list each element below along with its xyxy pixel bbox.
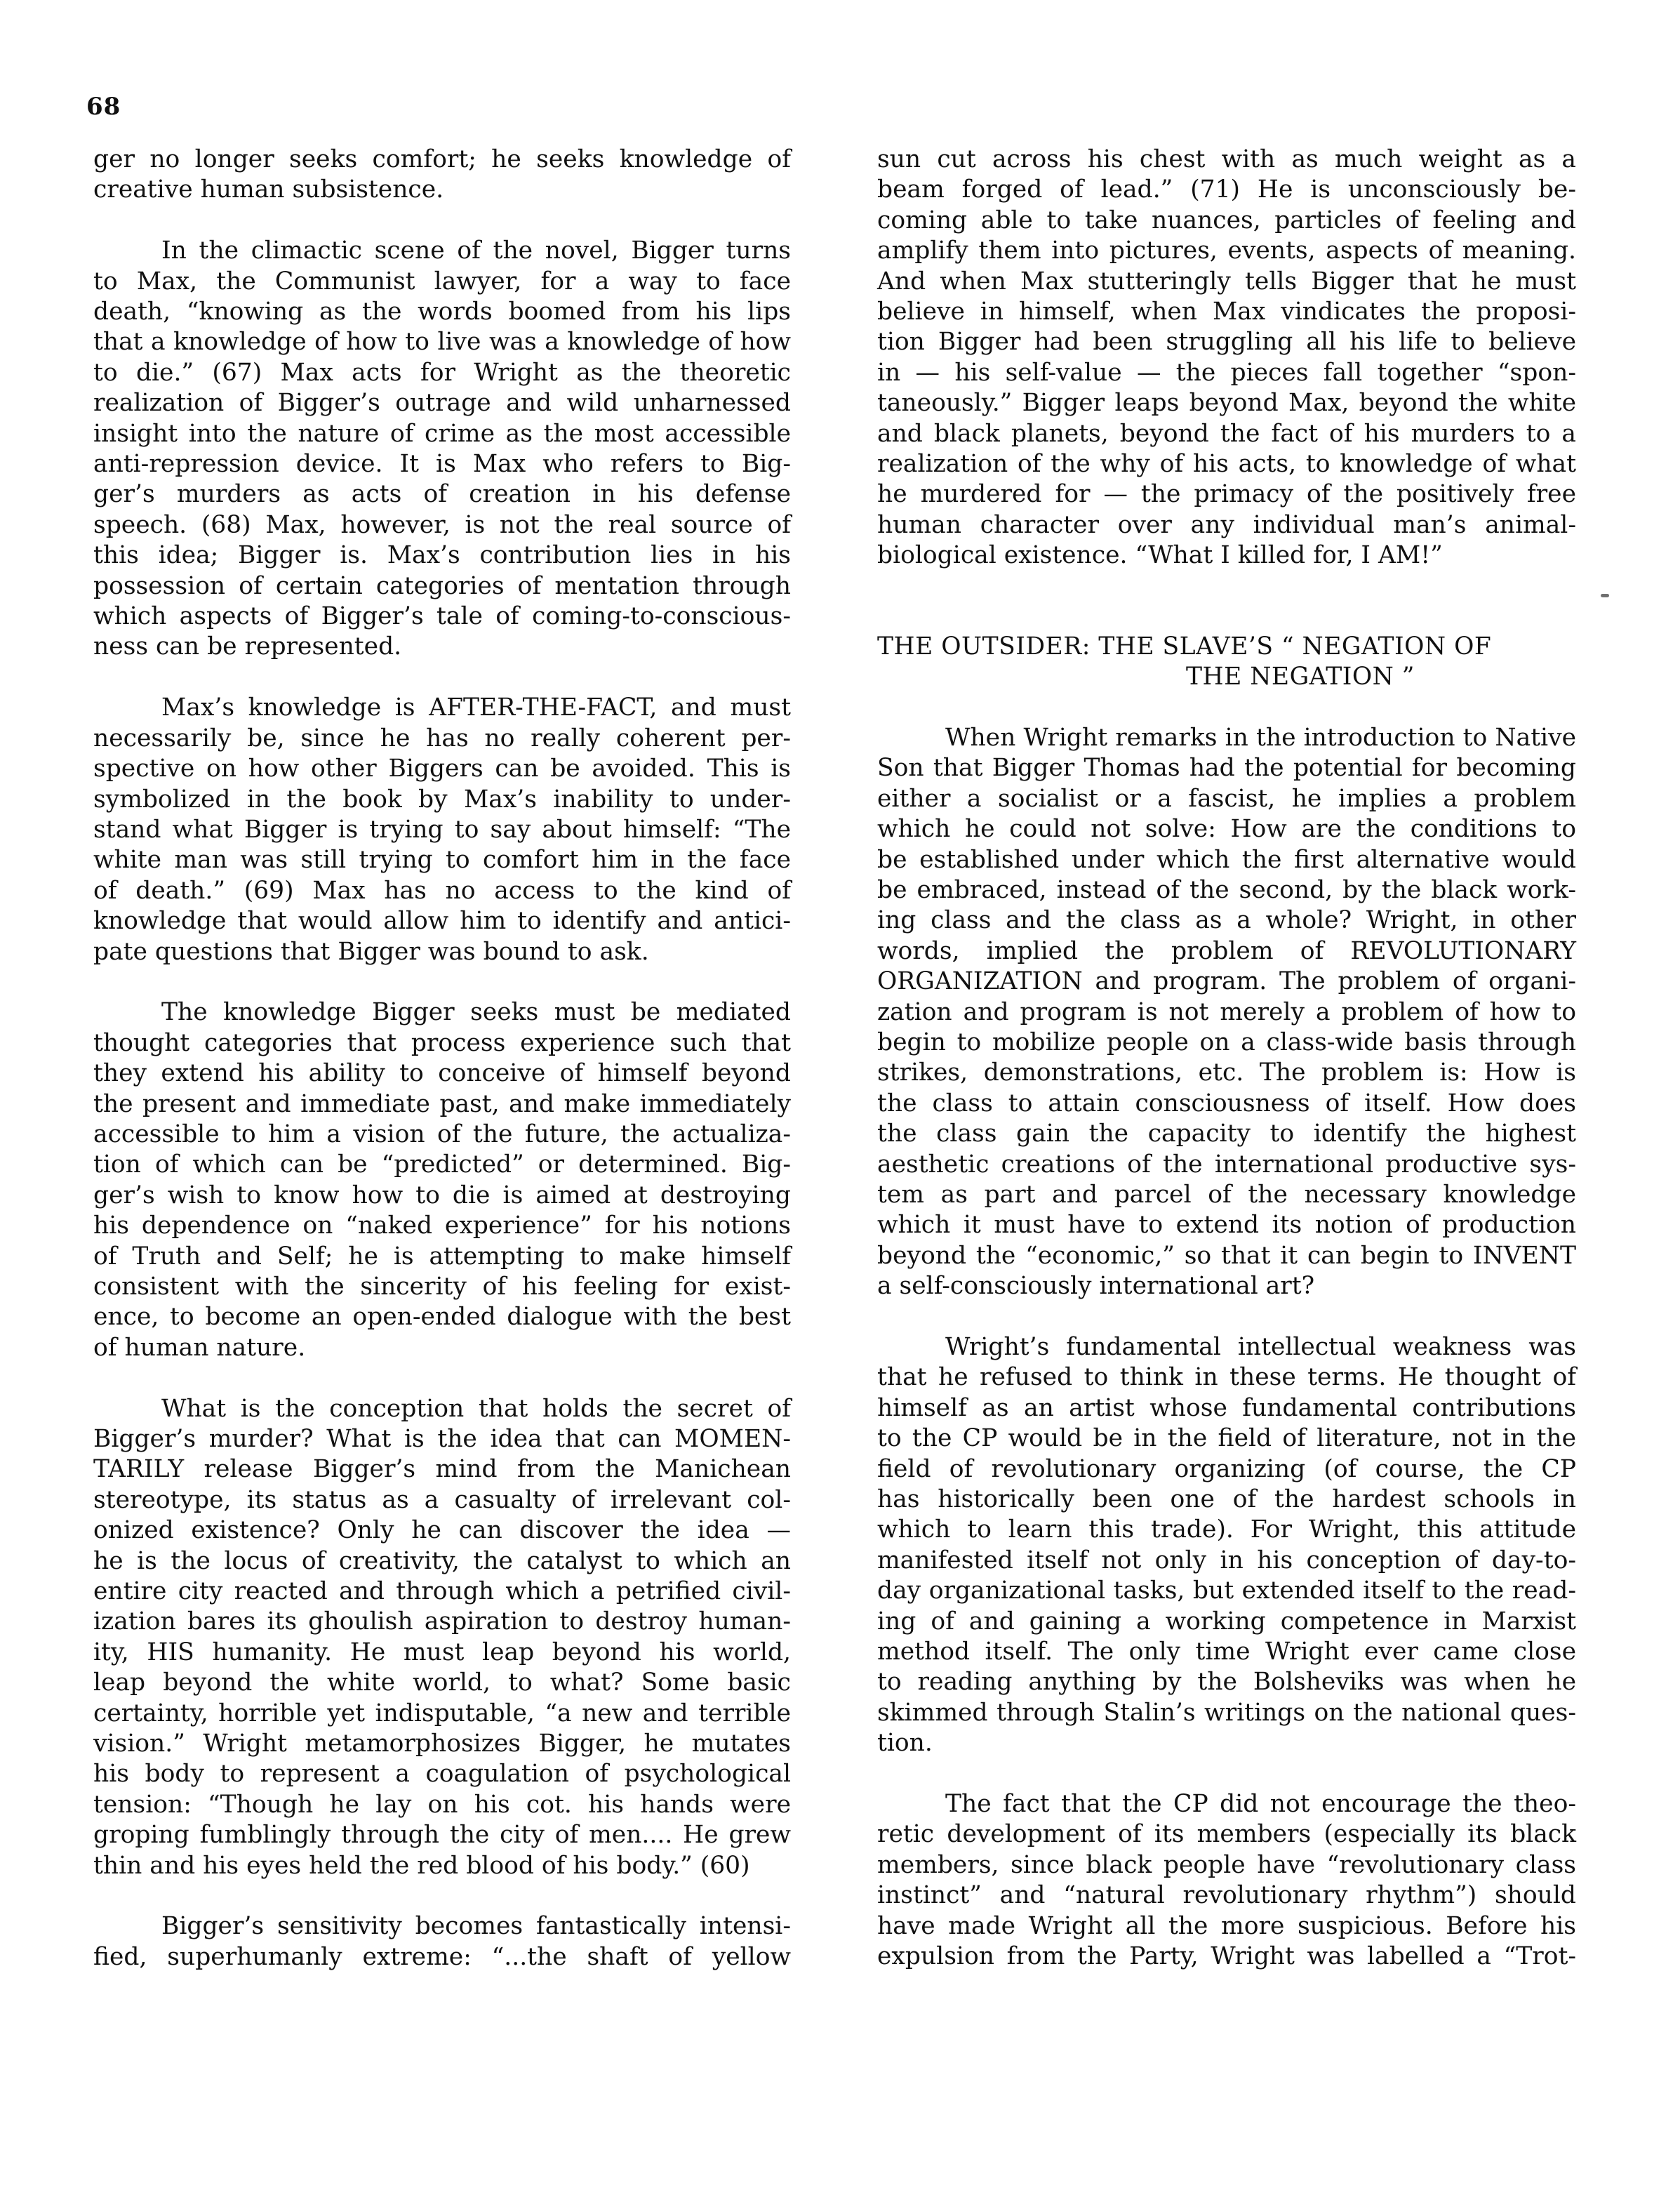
text-line: in — his self-value — the pieces fall to…: [877, 358, 1576, 388]
text-line: onized existence? Only he can discover t…: [93, 1515, 791, 1546]
text-line: speech. (68) Max, however, is not the re…: [93, 510, 791, 540]
text-line: sun cut across his chest with as much we…: [877, 145, 1576, 175]
text-line: to reading anything by the Bolsheviks wa…: [877, 1667, 1576, 1697]
text-line: which to learn this trade). For Wright, …: [877, 1515, 1576, 1545]
text-line: the class to attain consciousness of its…: [877, 1089, 1576, 1119]
text-line: leap beyond the white world, to what? So…: [93, 1668, 791, 1698]
text-line: taneously.” Bigger leaps beyond Max, bey…: [877, 388, 1576, 418]
section-heading: THE OUTSIDER: THE SLAVE’S “ NEGATION OF …: [877, 632, 1576, 693]
text-line: consistent with the sincerity of his fee…: [93, 1272, 791, 1302]
text-line: begin to mobilize people on a class-wide…: [877, 1028, 1576, 1058]
text-line: human character over any individual man’…: [877, 510, 1576, 540]
text-line: the present and immediate past, and make…: [93, 1089, 791, 1120]
text-line: stereotype, its status as a casualty of …: [93, 1485, 791, 1515]
text-line: ization bares its ghoulish aspiration to…: [93, 1607, 791, 1637]
text-line: anti-repression device. It is Max who re…: [93, 449, 791, 479]
text-line: of human nature.: [93, 1333, 791, 1363]
text-line: a self-consciously international art?: [877, 1271, 1576, 1301]
text-line: day organizational tasks, but extended i…: [877, 1576, 1576, 1606]
text-line: be established under which the first alt…: [877, 845, 1576, 875]
text-line: the class gain the capacity to identify …: [877, 1119, 1576, 1149]
text-line: zation and program is not merely a probl…: [877, 997, 1576, 1028]
text-line: beyond the “economic,” so that it can be…: [877, 1241, 1576, 1271]
text-line: ence, to become an open-ended dialogue w…: [93, 1302, 791, 1332]
text-line: to Max, the Communist lawyer, for a way …: [93, 267, 791, 297]
paragraph: The fact that the CP did not encourage t…: [877, 1789, 1576, 1972]
text-line: retic development of its members (especi…: [877, 1819, 1576, 1850]
text-line: to the CP would be in the field of liter…: [877, 1424, 1576, 1454]
text-line: stand what Bigger is trying to say about…: [93, 815, 791, 845]
section-heading-line-1: THE OUTSIDER: THE SLAVE’S “ NEGATION OF: [877, 632, 1576, 662]
text-line: which aspects of Bigger’s tale of coming…: [93, 602, 791, 632]
text-line: either a socialist or a fascist, he impl…: [877, 784, 1576, 814]
text-line: accessible to him a vision of the future…: [93, 1120, 791, 1150]
text-line: certainty, horrible yet indisputable, “a…: [93, 1699, 791, 1729]
paragraph: ger no longer seeks comfort; he seeks kn…: [93, 145, 791, 206]
text-line: himself as an artist whose fundamental c…: [877, 1393, 1576, 1424]
text-line: realization of the why of his acts, to k…: [877, 449, 1576, 479]
text-line: thought categories that process experien…: [93, 1028, 791, 1059]
text-line: Son that Bigger Thomas had the potential…: [877, 753, 1576, 783]
text-line: What is the conception that holds the se…: [93, 1394, 791, 1424]
text-line: ing class and the class as a whole? Wrig…: [877, 906, 1576, 936]
text-line: groping fumblingly through the city of m…: [93, 1820, 791, 1850]
text-line: members, since black people have “revolu…: [877, 1850, 1576, 1880]
paragraph: Wright’s fundamental intellectual weakne…: [877, 1332, 1576, 1759]
text-line: and black planets, beyond the fact of hi…: [877, 419, 1576, 449]
text-line: TARILY release Bigger’s mind from the Ma…: [93, 1454, 791, 1485]
text-line: which he could not solve: How are the co…: [877, 814, 1576, 844]
text-line: strikes, demonstrations, etc. The proble…: [877, 1058, 1576, 1088]
text-line: realization of Bigger’s outrage and wild…: [93, 388, 791, 418]
text-line: white man was still trying to comfort hi…: [93, 845, 791, 875]
text-line: beam forged of lead.” (71) He is unconsc…: [877, 175, 1576, 205]
text-line: he is the locus of creativity, the catal…: [93, 1546, 791, 1577]
text-line: The knowledge Bigger seeks must be media…: [93, 997, 791, 1028]
text-line: pate questions that Bigger was bound to …: [93, 937, 791, 967]
text-line: has historically been one of the hardest…: [877, 1485, 1576, 1515]
text-line: Max’s knowledge is AFTER-THE-FACT, and m…: [93, 693, 791, 723]
paragraph: Bigger’s sensitivity becomes fantastical…: [93, 1911, 791, 1972]
scan-speck: [1601, 594, 1609, 597]
text-line: have made Wright all the more suspicious…: [877, 1911, 1576, 1942]
text-line: creative human subsistence.: [93, 175, 791, 205]
text-line: instinct” and “natural revolutionary rhy…: [877, 1880, 1576, 1911]
text-line: insight into the nature of crime as the …: [93, 419, 791, 449]
text-line: entire city reacted and through which a …: [93, 1577, 791, 1607]
text-line: ORGANIZATION and program. The problem of…: [877, 967, 1576, 997]
text-line: be embraced, instead of the second, by t…: [877, 875, 1576, 906]
text-line: thin and his eyes held the red blood of …: [93, 1851, 791, 1881]
text-line: Wright’s fundamental intellectual weakne…: [877, 1332, 1576, 1362]
text-line: skimmed through Stalin’s writings on the…: [877, 1698, 1576, 1728]
text-line: ger’s wish to know how to die is aimed a…: [93, 1181, 791, 1211]
text-line: vision.” Wright metamorphosizes Bigger, …: [93, 1729, 791, 1759]
text-line: possession of certain categories of ment…: [93, 571, 791, 602]
paragraph: When Wright remarks in the introduction …: [877, 723, 1576, 1302]
text-line: tension: “Though he lay on his cot. his …: [93, 1790, 791, 1820]
text-line: which it must have to extend its notion …: [877, 1210, 1576, 1240]
text-line: he murdered for — the primacy of the pos…: [877, 479, 1576, 510]
text-line: of Truth and Self; he is attempting to m…: [93, 1242, 791, 1272]
text-line: field of revolutionary organizing (of co…: [877, 1454, 1576, 1485]
left-column: ger no longer seeks comfort; he seeks kn…: [93, 145, 791, 1972]
text-line: expulsion from the Party, Wright was lab…: [877, 1942, 1576, 1972]
text-line: that he refused to think in these terms.…: [877, 1362, 1576, 1393]
paragraph: What is the conception that holds the se…: [93, 1394, 791, 1882]
text-line: aesthetic creations of the international…: [877, 1150, 1576, 1180]
text-line: Bigger’s sensitivity becomes fantastical…: [93, 1911, 791, 1942]
text-line: ger no longer seeks comfort; he seeks kn…: [93, 145, 791, 175]
text-line: knowledge that would allow him to identi…: [93, 906, 791, 936]
text-line: coming able to take nuances, particles o…: [877, 206, 1576, 236]
text-line: The fact that the CP did not encourage t…: [877, 1789, 1576, 1819]
page-number: 68: [86, 93, 121, 121]
text-line: words, implied the problem of REVOLUTION…: [877, 936, 1576, 967]
text-line: death, “knowing as the words boomed from…: [93, 297, 791, 327]
text-line: his body to represent a coagulation of p…: [93, 1759, 791, 1789]
text-line: ness can be represented.: [93, 632, 791, 662]
text-line: manifested itself not only in his concep…: [877, 1546, 1576, 1576]
text-line: this idea; Bigger is. Max’s contribution…: [93, 540, 791, 571]
text-line: his dependence on “naked experience” for…: [93, 1211, 791, 1241]
text-line: that a knowledge of how to live was a kn…: [93, 327, 791, 357]
text-line: tion.: [877, 1728, 1576, 1758]
text-line: ity, HIS humanity. He must leap beyond h…: [93, 1638, 791, 1668]
text-line: amplify them into pictures, events, aspe…: [877, 236, 1576, 266]
paragraph: Max’s knowledge is AFTER-THE-FACT, and m…: [93, 693, 791, 967]
paragraph: In the climactic scene of the novel, Big…: [93, 236, 791, 663]
text-line: tion of which can be “predicted” or dete…: [93, 1150, 791, 1180]
paragraph: sun cut across his chest with as much we…: [877, 145, 1576, 571]
text-line: ing of and gaining a working competence …: [877, 1607, 1576, 1637]
text-line: to die.” (67) Max acts for Wright as the…: [93, 358, 791, 388]
text-line: tem as part and parcel of the necessary …: [877, 1180, 1576, 1210]
text-line: symbolized in the book by Max’s inabilit…: [93, 785, 791, 815]
text-line: fied, superhumanly extreme: “...the shaf…: [93, 1942, 791, 1972]
section-heading-line-2: THE NEGATION ”: [877, 662, 1576, 692]
text-line: of death.” (69) Max has no access to the…: [93, 876, 791, 906]
text-line: believe in himself, when Max vindicates …: [877, 297, 1576, 327]
text-line: biological existence. “What I killed for…: [877, 540, 1576, 571]
text-line: In the climactic scene of the novel, Big…: [93, 236, 791, 266]
text-line: tion Bigger had been struggling all his …: [877, 327, 1576, 357]
right-column: sun cut across his chest with as much we…: [877, 145, 1576, 1972]
text-line: method itself. The only time Wright ever…: [877, 1637, 1576, 1667]
text-line: they extend his ability to conceive of h…: [93, 1059, 791, 1089]
text-line: ger’s murders as acts of creation in his…: [93, 479, 791, 510]
text-line: spective on how other Biggers can be avo…: [93, 754, 791, 784]
text-line: And when Max stutteringly tells Bigger t…: [877, 267, 1576, 297]
text-line: necessarily be, since he has no really c…: [93, 724, 791, 754]
text-line: Bigger’s murder? What is the idea that c…: [93, 1424, 791, 1454]
text-line: When Wright remarks in the introduction …: [877, 723, 1576, 753]
paragraph: The knowledge Bigger seeks must be media…: [93, 997, 791, 1363]
